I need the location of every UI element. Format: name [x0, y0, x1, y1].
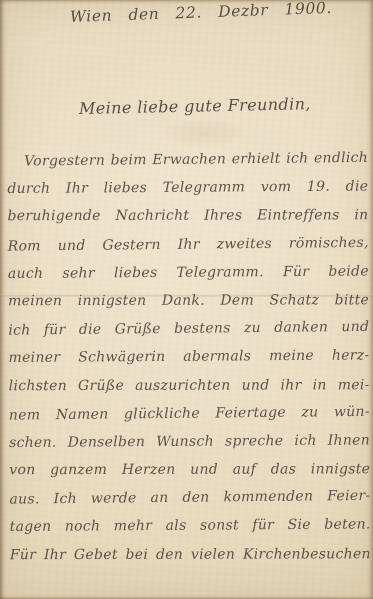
letter-line: Vorgestern beim Erwachen erhielt ich end…: [7, 144, 368, 176]
letter-line: auch sehr liebes Telegramm. Für beide: [8, 257, 369, 288]
letter-line: tagen noch mehr als sonst für Sie beten.: [10, 511, 371, 542]
letter-line: durch Ihr liebes Telegramm vom 19. die: [7, 173, 368, 204]
salutation-line: Meine liebe gute Freundin,: [79, 94, 303, 118]
letter-line: aus. Ich werde an den kommenden Feier-: [9, 482, 370, 514]
letter-page: Wien den 22. Dezbr 1900. Meine liebe gut…: [0, 0, 373, 599]
paper-smudge: [160, 118, 250, 148]
letter-line: meinen innigsten Dank. Dem Schatz bitte: [8, 286, 369, 315]
date-line: Wien den 22. Dezbr 1900.: [70, 0, 332, 26]
letter-line: ich für die Grüße bestens zu danken und: [8, 313, 369, 345]
letter-line: von ganzem Herzen und auf das innigste: [9, 455, 370, 484]
letter-line: meiner Schwägerin abermals meine herz-: [8, 342, 369, 373]
letter-body: Vorgestern beim Erwachen erhielt ich end…: [7, 144, 371, 569]
letter-line: nem Namen glückliche Feiertage zu wün-: [9, 398, 370, 430]
letter-line: beruhigende Nachricht Ihres Eintreffens …: [7, 202, 368, 231]
letter-line: lichsten Grüße auszurichten und ihr in m…: [9, 371, 370, 400]
letter-line: Rom und Gestern Ihr zweites römisches,: [8, 228, 369, 260]
letter-line: schen. Denselben Wunsch spreche ich Ihne…: [9, 426, 370, 457]
letter-line: Für Ihr Gebet bei den vielen Kirchenbesu…: [10, 540, 371, 569]
